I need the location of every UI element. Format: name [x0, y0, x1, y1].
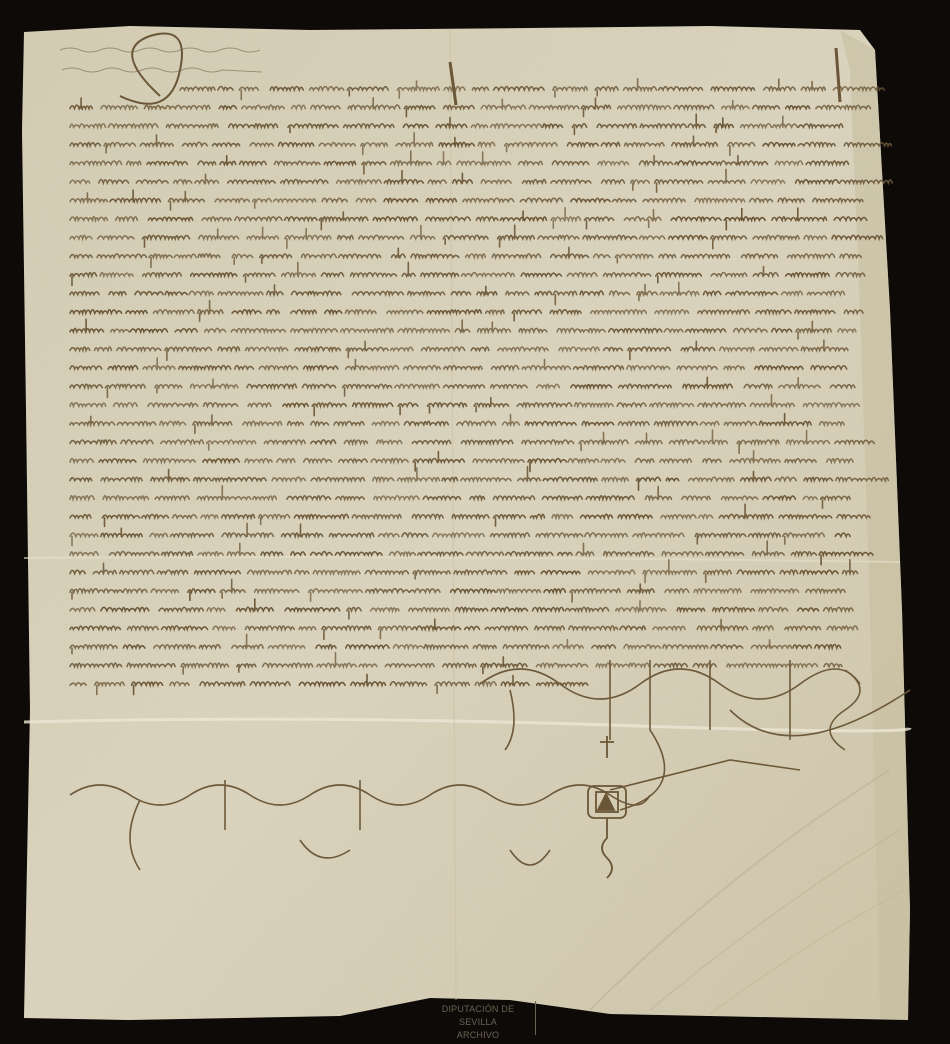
manuscript-sheet: DIPUTACIÓN DE SEVILLA ARCHIVO	[10, 10, 938, 1034]
watermark-line2: ARCHIVO	[422, 1029, 534, 1042]
watermark-divider	[535, 1001, 536, 1035]
parchment-image	[10, 10, 938, 1034]
archive-watermark: DIPUTACIÓN DE SEVILLA ARCHIVO	[422, 1003, 534, 1039]
watermark-line1: DIPUTACIÓN DE SEVILLA	[422, 1003, 534, 1029]
